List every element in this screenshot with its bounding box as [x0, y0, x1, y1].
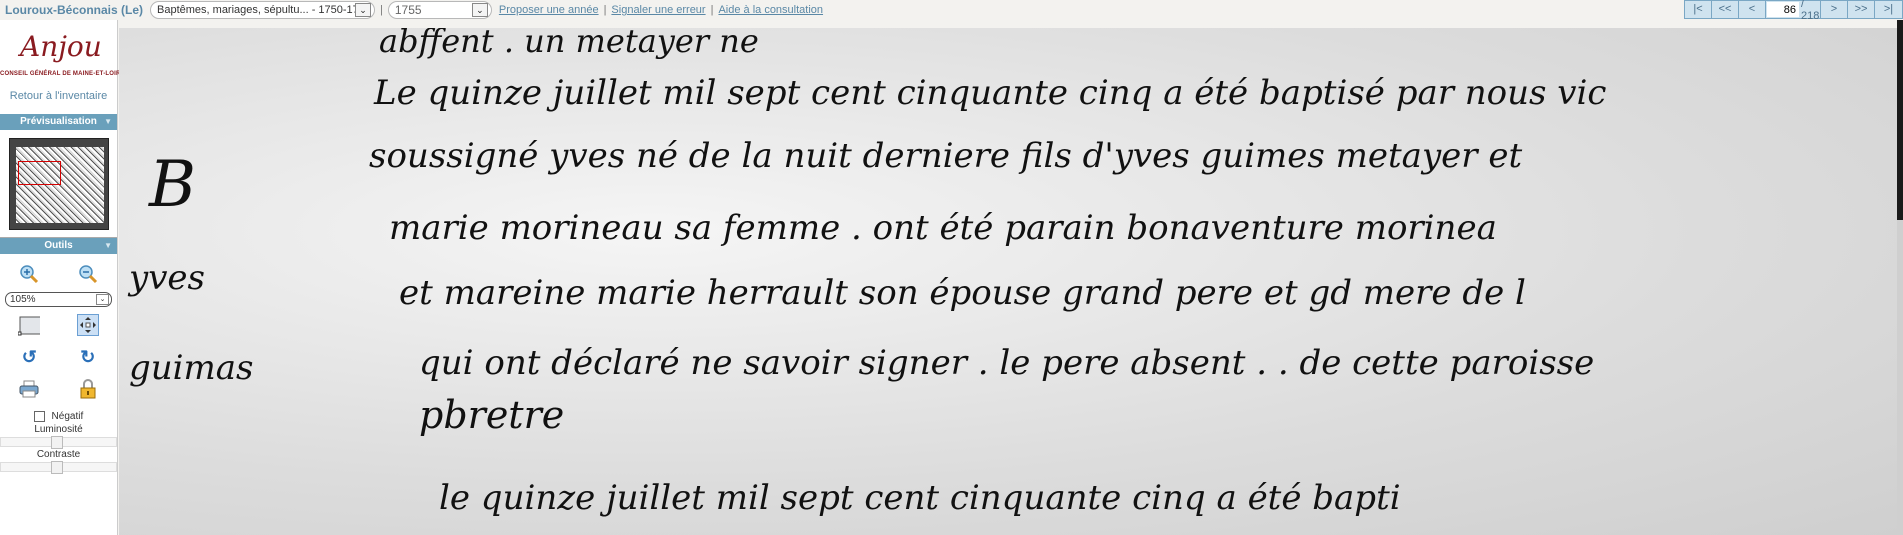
separator: | — [711, 4, 714, 16]
preview-panel — [0, 130, 117, 238]
zoom-in-icon[interactable] — [18, 263, 40, 285]
place-name: Louroux-Béconnais (Le) — [5, 3, 143, 17]
chevron-down-icon[interactable]: ⌄ — [96, 294, 109, 305]
selection-rectangle-icon[interactable] — [18, 314, 40, 336]
document-viewer[interactable]: abffent . un metayer ne Le quinze juille… — [119, 28, 1897, 535]
preview-title: Prévisualisation — [20, 116, 97, 127]
separator: | — [380, 4, 383, 16]
margin-note: yves — [129, 258, 205, 298]
register-select-value: Baptêmes, mariages, sépultu... - 1750-17… — [157, 4, 371, 16]
handwriting-line: pbretre — [419, 393, 564, 437]
margin-note: B — [149, 148, 196, 222]
negative-checkbox[interactable] — [34, 411, 45, 422]
zoom-level-select[interactable]: 105% ⌄ — [5, 292, 112, 307]
register-select[interactable]: Baptêmes, mariages, sépultu... - 1750-17… — [150, 1, 375, 19]
prev-page-button[interactable]: < — [1739, 1, 1766, 18]
page-indicator: / 218 — [1766, 1, 1821, 18]
lock-icon[interactable] — [77, 378, 99, 400]
top-toolbar: Louroux-Béconnais (Le) Baptêmes, mariage… — [0, 0, 1903, 20]
chevron-down-icon[interactable]: ⌄ — [355, 3, 371, 17]
handwriting-line: marie morineau sa femme . ont été parain… — [389, 208, 1497, 248]
viewport-frame[interactable] — [18, 161, 61, 185]
slider-knob[interactable] — [51, 436, 63, 449]
last-page-button[interactable]: >| — [1875, 1, 1902, 18]
negative-checkbox-row[interactable]: Négatif — [0, 411, 117, 422]
tools-title: Outils — [44, 240, 72, 251]
fast-prev-button[interactable]: << — [1712, 1, 1739, 18]
handwriting-line: abffent . un metayer ne — [379, 28, 759, 60]
fast-next-button[interactable]: >> — [1848, 1, 1875, 18]
slider-knob[interactable] — [51, 461, 63, 474]
help-link[interactable]: Aide à la consultation — [718, 4, 823, 16]
propose-year-link[interactable]: Proposer une année — [499, 4, 599, 16]
contrast-slider[interactable] — [0, 462, 117, 472]
page-total: / 218 — [1801, 0, 1820, 22]
zoom-level-value: 105% — [10, 294, 36, 305]
brightness-slider[interactable] — [0, 437, 117, 447]
tools-panel-header[interactable]: Outils ▼ — [0, 238, 117, 254]
handwriting-line: soussigné yves né de la nuit derniere fi… — [369, 136, 1522, 176]
next-page-button[interactable]: > — [1821, 1, 1848, 18]
pan-move-icon[interactable] — [77, 314, 99, 336]
tools-panel: 105% ⌄ ↺ ↻ Négatif Luminosit — [0, 254, 117, 472]
zoom-out-icon[interactable] — [77, 263, 99, 285]
logo-subtitle: CONSEIL GÉNÉRAL DE MAINE-ET-LOIRE — [0, 71, 125, 77]
preview-panel-header[interactable]: Prévisualisation ▼ — [0, 114, 117, 130]
handwriting-line: et mareine marie herrault son épouse gra… — [399, 273, 1526, 313]
page-thumbnail[interactable] — [9, 138, 109, 230]
collapse-icon[interactable]: ▼ — [104, 238, 112, 254]
back-to-inventory-link[interactable]: Retour à l'inventaire — [10, 90, 108, 102]
print-icon[interactable] — [18, 378, 40, 400]
sidebar: Anjou CONSEIL GÉNÉRAL DE MAINE-ET-LOIRE … — [0, 20, 118, 535]
negative-label: Négatif — [52, 411, 84, 422]
contrast-label: Contraste — [0, 449, 117, 460]
logo-script: Anjou — [20, 30, 102, 63]
chevron-down-icon[interactable]: ⌄ — [472, 3, 488, 17]
brightness-label: Luminosité — [0, 424, 117, 435]
thumbnail-page — [16, 147, 104, 223]
collapse-icon[interactable]: ▼ — [104, 114, 112, 130]
margin-note: guimas — [129, 348, 254, 388]
page-navigator: |< << < / 218 > >> >| — [1684, 0, 1903, 19]
year-select[interactable]: 1755 ⌄ — [388, 1, 492, 19]
handwriting-line: qui ont déclaré ne savoir signer . le pe… — [419, 343, 1594, 383]
rotate-right-icon[interactable]: ↻ — [77, 346, 99, 368]
anjou-logo: Anjou CONSEIL GÉNÉRAL DE MAINE-ET-LOIRE — [0, 20, 117, 82]
handwriting-line: Le quinze juillet mil sept cent cinquant… — [374, 73, 1606, 113]
page-number-input[interactable] — [1767, 2, 1799, 17]
report-error-link[interactable]: Signaler une erreur — [611, 4, 705, 16]
year-select-value: 1755 — [395, 3, 422, 17]
first-page-button[interactable]: |< — [1685, 1, 1712, 18]
rotate-left-icon[interactable]: ↺ — [18, 346, 40, 368]
handwriting-line: le quinze juillet mil sept cent cinquant… — [439, 478, 1401, 518]
right-scroll-panel[interactable] — [1897, 220, 1903, 535]
separator: | — [604, 4, 607, 16]
